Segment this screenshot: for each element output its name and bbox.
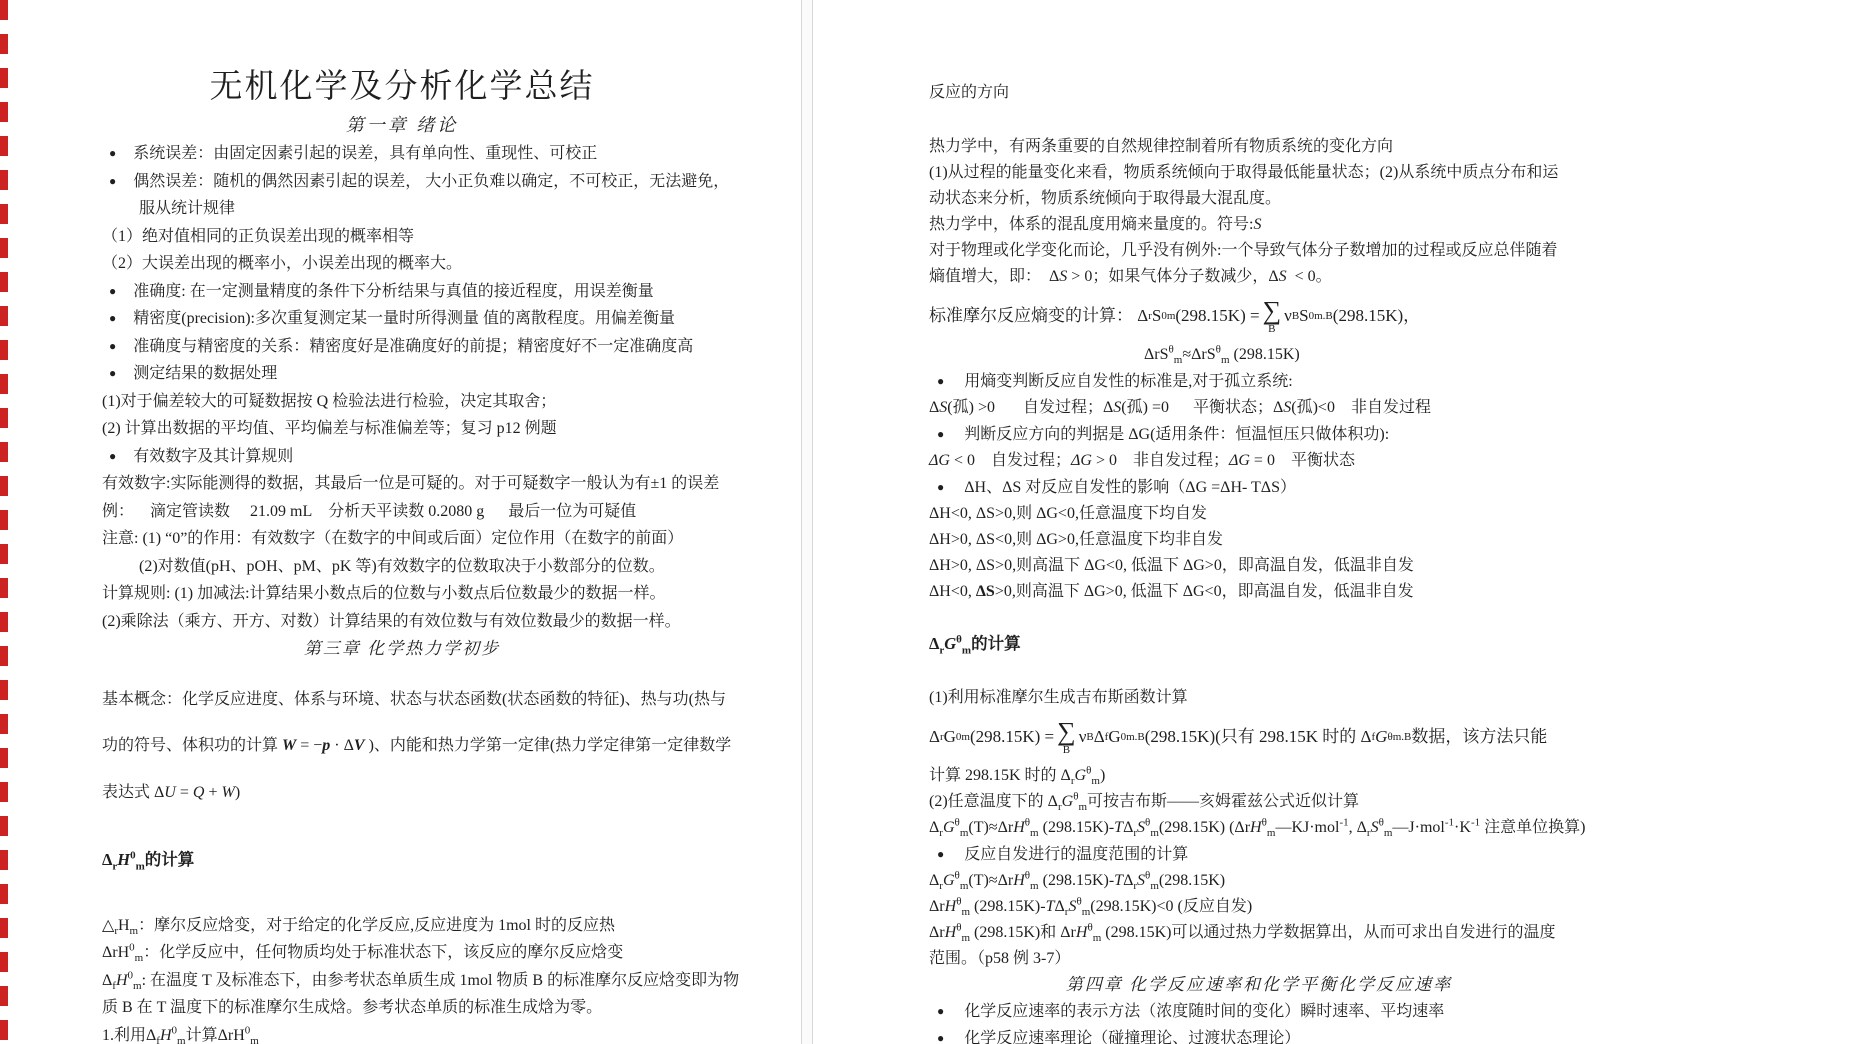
formula-line: 标准摩尔反应熵变的计算： ΔrS0m(298.15K) = ∑B νBS0m.B… bbox=[929, 290, 1589, 342]
bullet-line: ●偶然误差：随机的偶然因素引起的误差， 大小正负难以确定，不可校正，无法避免， bbox=[102, 168, 702, 196]
text-line: ΔrGθm(T)≈ΔrHθm (298.15K)-TΔrSθm(298.15K)… bbox=[929, 815, 1589, 841]
text-line: 有效数字:实际能测得的数据，其最后一位是可疑的。对于可疑数字一般认为有±1 的误… bbox=[102, 470, 702, 498]
bullet-line: ●准确度: 在一定测量精度的条件下分析结果与真值的接近程度，用误差衡量 bbox=[102, 278, 702, 306]
text-line: 热力学中，有两条重要的自然规律控制着所有物质系统的变化方向 bbox=[929, 134, 1589, 160]
bullet-icon: ● bbox=[109, 278, 116, 306]
chapter-heading: 第四章 化学反应速率和化学平衡化学反应速率 bbox=[929, 972, 1589, 998]
text-line: 基本概念：化学反应进度、体系与环境、状态与状态函数(状态函数的特征)、热与功(热… bbox=[102, 677, 702, 724]
bullet-icon: ● bbox=[937, 841, 944, 867]
bullet-line: ●判断反应方向的判据是 ΔG(适用条件：恒温恒压只做体积功): bbox=[929, 421, 1589, 448]
text-line: (2) 计算出数据的平均值、平均偏差与标准偏差等；复习 p12 例题 bbox=[102, 415, 702, 443]
text-line: 计算规则: (1) 加减法:计算结果小数点后的位数与小数点后位数最少的数据一样。 bbox=[102, 580, 702, 608]
bullet-line: ●有效数字及其计算规则 bbox=[102, 443, 702, 471]
page-left-text-blocks: ●系统误差：由固定因素引起的误差，具有单向性、重现性、可校正●偶然误差：随机的偶… bbox=[102, 140, 702, 1044]
text-line: 熵值增大，即： ΔS > 0；如果气体分子数减少，ΔS < 0。 bbox=[929, 264, 1589, 290]
text-line: ΔrH0m：化学反应中，任何物质均处于标准状态下，该反应的摩尔反应焓变 bbox=[102, 939, 702, 967]
formula-line: ΔrG0m(298.15K) = ∑B νBΔfG0m.B(298.15K)(只… bbox=[929, 711, 1589, 763]
section-heading: ΔrGθm的计算 bbox=[929, 631, 1589, 657]
text-line: ΔrHθm (298.15K)-TΔrSθm(298.15K)<0 (反应自发) bbox=[929, 894, 1589, 920]
text-line: (2)乘除法（乘方、开方、对数）计算结果的有效位数与有效位数最少的数据一样。 bbox=[102, 608, 702, 636]
page-edge-marks bbox=[0, 0, 8, 1044]
text-line: ΔfH0m: 在温度 T 及标准态下，由参考状态单质生成 1mol 物质 B 的… bbox=[102, 967, 702, 995]
text-line: ΔH<0, ΔS>0,则高温下 ΔG>0, 低温下 ΔG<0，即高温自发，低温非… bbox=[929, 579, 1589, 605]
bullet-icon: ● bbox=[109, 140, 116, 168]
text-line: 服从统计规律 bbox=[102, 195, 702, 223]
page-left: 无机化学及分析化学总结 第一章 绪论 ●系统误差：由固定因素引起的误差，具有单向… bbox=[8, 0, 801, 1044]
bullet-line: ●系统误差：由固定因素引起的误差，具有单向性、重现性、可校正 bbox=[102, 140, 702, 168]
text-line: 动状态来分析，物质系统倾向于取得最大混乱度。 bbox=[929, 186, 1589, 212]
bullet-line: ●化学反应速率的表示方法（浓度随时间的变化）瞬时速率、平均速率 bbox=[929, 998, 1589, 1025]
bullet-icon: ● bbox=[937, 1025, 944, 1044]
text-line: (2)任意温度下的 ΔrGθm可按吉布斯——亥姆霍兹公式近似计算 bbox=[929, 789, 1589, 815]
text-line: (1)利用标准摩尔生成吉布斯函数计算 bbox=[929, 685, 1589, 711]
page-right-text-blocks: 反应的方向热力学中，有两条重要的自然规律控制着所有物质系统的变化方向(1)从过程… bbox=[929, 80, 1589, 1044]
text-line: 对于物理或化学变化而论，几乎没有例外:一个导致气体分子数增加的过程或反应总伴随着 bbox=[929, 238, 1589, 264]
bullet-icon: ● bbox=[937, 368, 944, 394]
chapter-heading: 第三章 化学热力学初步 bbox=[102, 635, 702, 663]
bullet-line: ●测定结果的数据处理 bbox=[102, 360, 702, 388]
bullet-icon: ● bbox=[937, 474, 944, 500]
text-line: 功的符号、体积功的计算 W = −p · ΔV )、内能和热力学第一定律(热力学… bbox=[102, 723, 702, 770]
bullet-line: ●ΔH、ΔS 对反应自发性的影响（ΔG =ΔH- TΔS） bbox=[929, 474, 1589, 501]
text-line: (1)从过程的能量变化来看，物质系统倾向于取得最低能量状态；(2)从系统中质点分… bbox=[929, 160, 1589, 186]
bullet-line: ●用熵变判断反应自发性的标准是,对于孤立系统: bbox=[929, 368, 1589, 395]
text-line: ΔG < 0 自发过程；ΔG > 0 非自发过程；ΔG = 0 平衡状态 bbox=[929, 448, 1589, 474]
text-line: 反应的方向 bbox=[929, 80, 1589, 106]
text-line: 例： 滴定管读数 21.09 mL 分析天平读数 0.2080 g 最后一位为可… bbox=[102, 498, 702, 526]
spacer bbox=[929, 657, 1589, 685]
page-gap-divider bbox=[801, 0, 813, 1044]
bullet-icon: ● bbox=[109, 360, 116, 388]
text-line: 计算 298.15K 时的 ΔrGθm) bbox=[929, 763, 1589, 789]
page-right-content: 反应的方向热力学中，有两条重要的自然规律控制着所有物质系统的变化方向(1)从过程… bbox=[815, 0, 1589, 1044]
spacer bbox=[102, 816, 702, 846]
text-line: ΔrHθm (298.15K)和 ΔrHθm (298.15K)可以通过热力学数… bbox=[929, 920, 1589, 946]
page-right: 反应的方向热力学中，有两条重要的自然规律控制着所有物质系统的变化方向(1)从过程… bbox=[815, 0, 1869, 1044]
bullet-icon: ● bbox=[109, 333, 116, 361]
chapter-1-heading: 第一章 绪论 bbox=[102, 110, 702, 140]
text-line: ΔS(孤) >0 自发过程；ΔS(孤) =0 平衡状态；ΔS(孤)<0 非自发过… bbox=[929, 395, 1589, 421]
text-line: 热力学中，体系的混乱度用熵来量度的。符号:S bbox=[929, 212, 1589, 238]
bullet-icon: ● bbox=[937, 998, 944, 1024]
page-left-content: 无机化学及分析化学总结 第一章 绪论 ●系统误差：由固定因素引起的误差，具有单向… bbox=[8, 0, 702, 1044]
document-canvas: 无机化学及分析化学总结 第一章 绪论 ●系统误差：由固定因素引起的误差，具有单向… bbox=[0, 0, 1869, 1044]
bullet-icon: ● bbox=[109, 168, 116, 196]
bullet-line: ●准确度与精密度的关系：精密度好是准确度好的前提；精密度好不一定准确度高 bbox=[102, 333, 702, 361]
text-line: △rHm：摩尔反应焓变，对于给定的化学反应,反应进度为 1mol 时的反应热 bbox=[102, 912, 702, 940]
bullet-icon: ● bbox=[937, 421, 944, 447]
bullet-line: ●反应自发进行的温度范围的计算 bbox=[929, 841, 1589, 868]
bullet-line: ●化学反应速率理论（碰撞理论、过渡状态理论） bbox=[929, 1025, 1589, 1044]
text-line: （2）大误差出现的概率小，小误差出现的概率大。 bbox=[102, 250, 702, 278]
document-title: 无机化学及分析化学总结 bbox=[102, 64, 702, 110]
spacer bbox=[929, 106, 1589, 134]
bullet-line: ●精密度(precision):多次重复测定某一量时所得测量 值的离散程度。用偏… bbox=[102, 305, 702, 333]
text-line: ΔH>0, ΔS<0,则 ΔG>0,任意温度下均非自发 bbox=[929, 527, 1589, 553]
bullet-icon: ● bbox=[109, 443, 116, 471]
text-line: (2)对数值(pH、pOH、pM、pK 等)有效数字的位数取决于小数部分的位数。 bbox=[102, 553, 702, 581]
bullet-icon: ● bbox=[109, 305, 116, 333]
section-heading: ΔrH0m的计算 bbox=[102, 846, 702, 874]
text-line: 质 B 在 T 温度下的标准摩尔生成焓。参考状态单质的标准生成焓为零。 bbox=[102, 994, 702, 1022]
text-line: ΔrSθm≈ΔrSθm (298.15K) bbox=[929, 342, 1589, 368]
text-line: （1）绝对值相同的正负误差出现的概率相等 bbox=[102, 223, 702, 251]
text-line: 范围。（p58 例 3-7） bbox=[929, 946, 1589, 972]
text-line: 1.利用ΔfH0m计算ΔrH0m bbox=[102, 1022, 702, 1044]
spacer bbox=[102, 663, 702, 677]
text-line: ΔrGθm(T)≈ΔrHθm (298.15K)-TΔrSθm(298.15K) bbox=[929, 868, 1589, 894]
text-line: ΔH>0, ΔS>0,则高温下 ΔG<0, 低温下 ΔG>0，即高温自发，低温非… bbox=[929, 553, 1589, 579]
spacer bbox=[102, 874, 702, 912]
spacer bbox=[929, 605, 1589, 631]
text-line: 表达式 ΔU = Q + W) bbox=[102, 770, 702, 817]
text-line: 注意: (1) “0”的作用：有效数字（在数字的中间或后面）定位作用（在数字的前… bbox=[102, 525, 702, 553]
text-line: ΔH<0, ΔS>0,则 ΔG<0,任意温度下均自发 bbox=[929, 501, 1589, 527]
text-line: (1)对于偏差较大的可疑数据按 Q 检验法进行检验，决定其取舍； bbox=[102, 388, 702, 416]
